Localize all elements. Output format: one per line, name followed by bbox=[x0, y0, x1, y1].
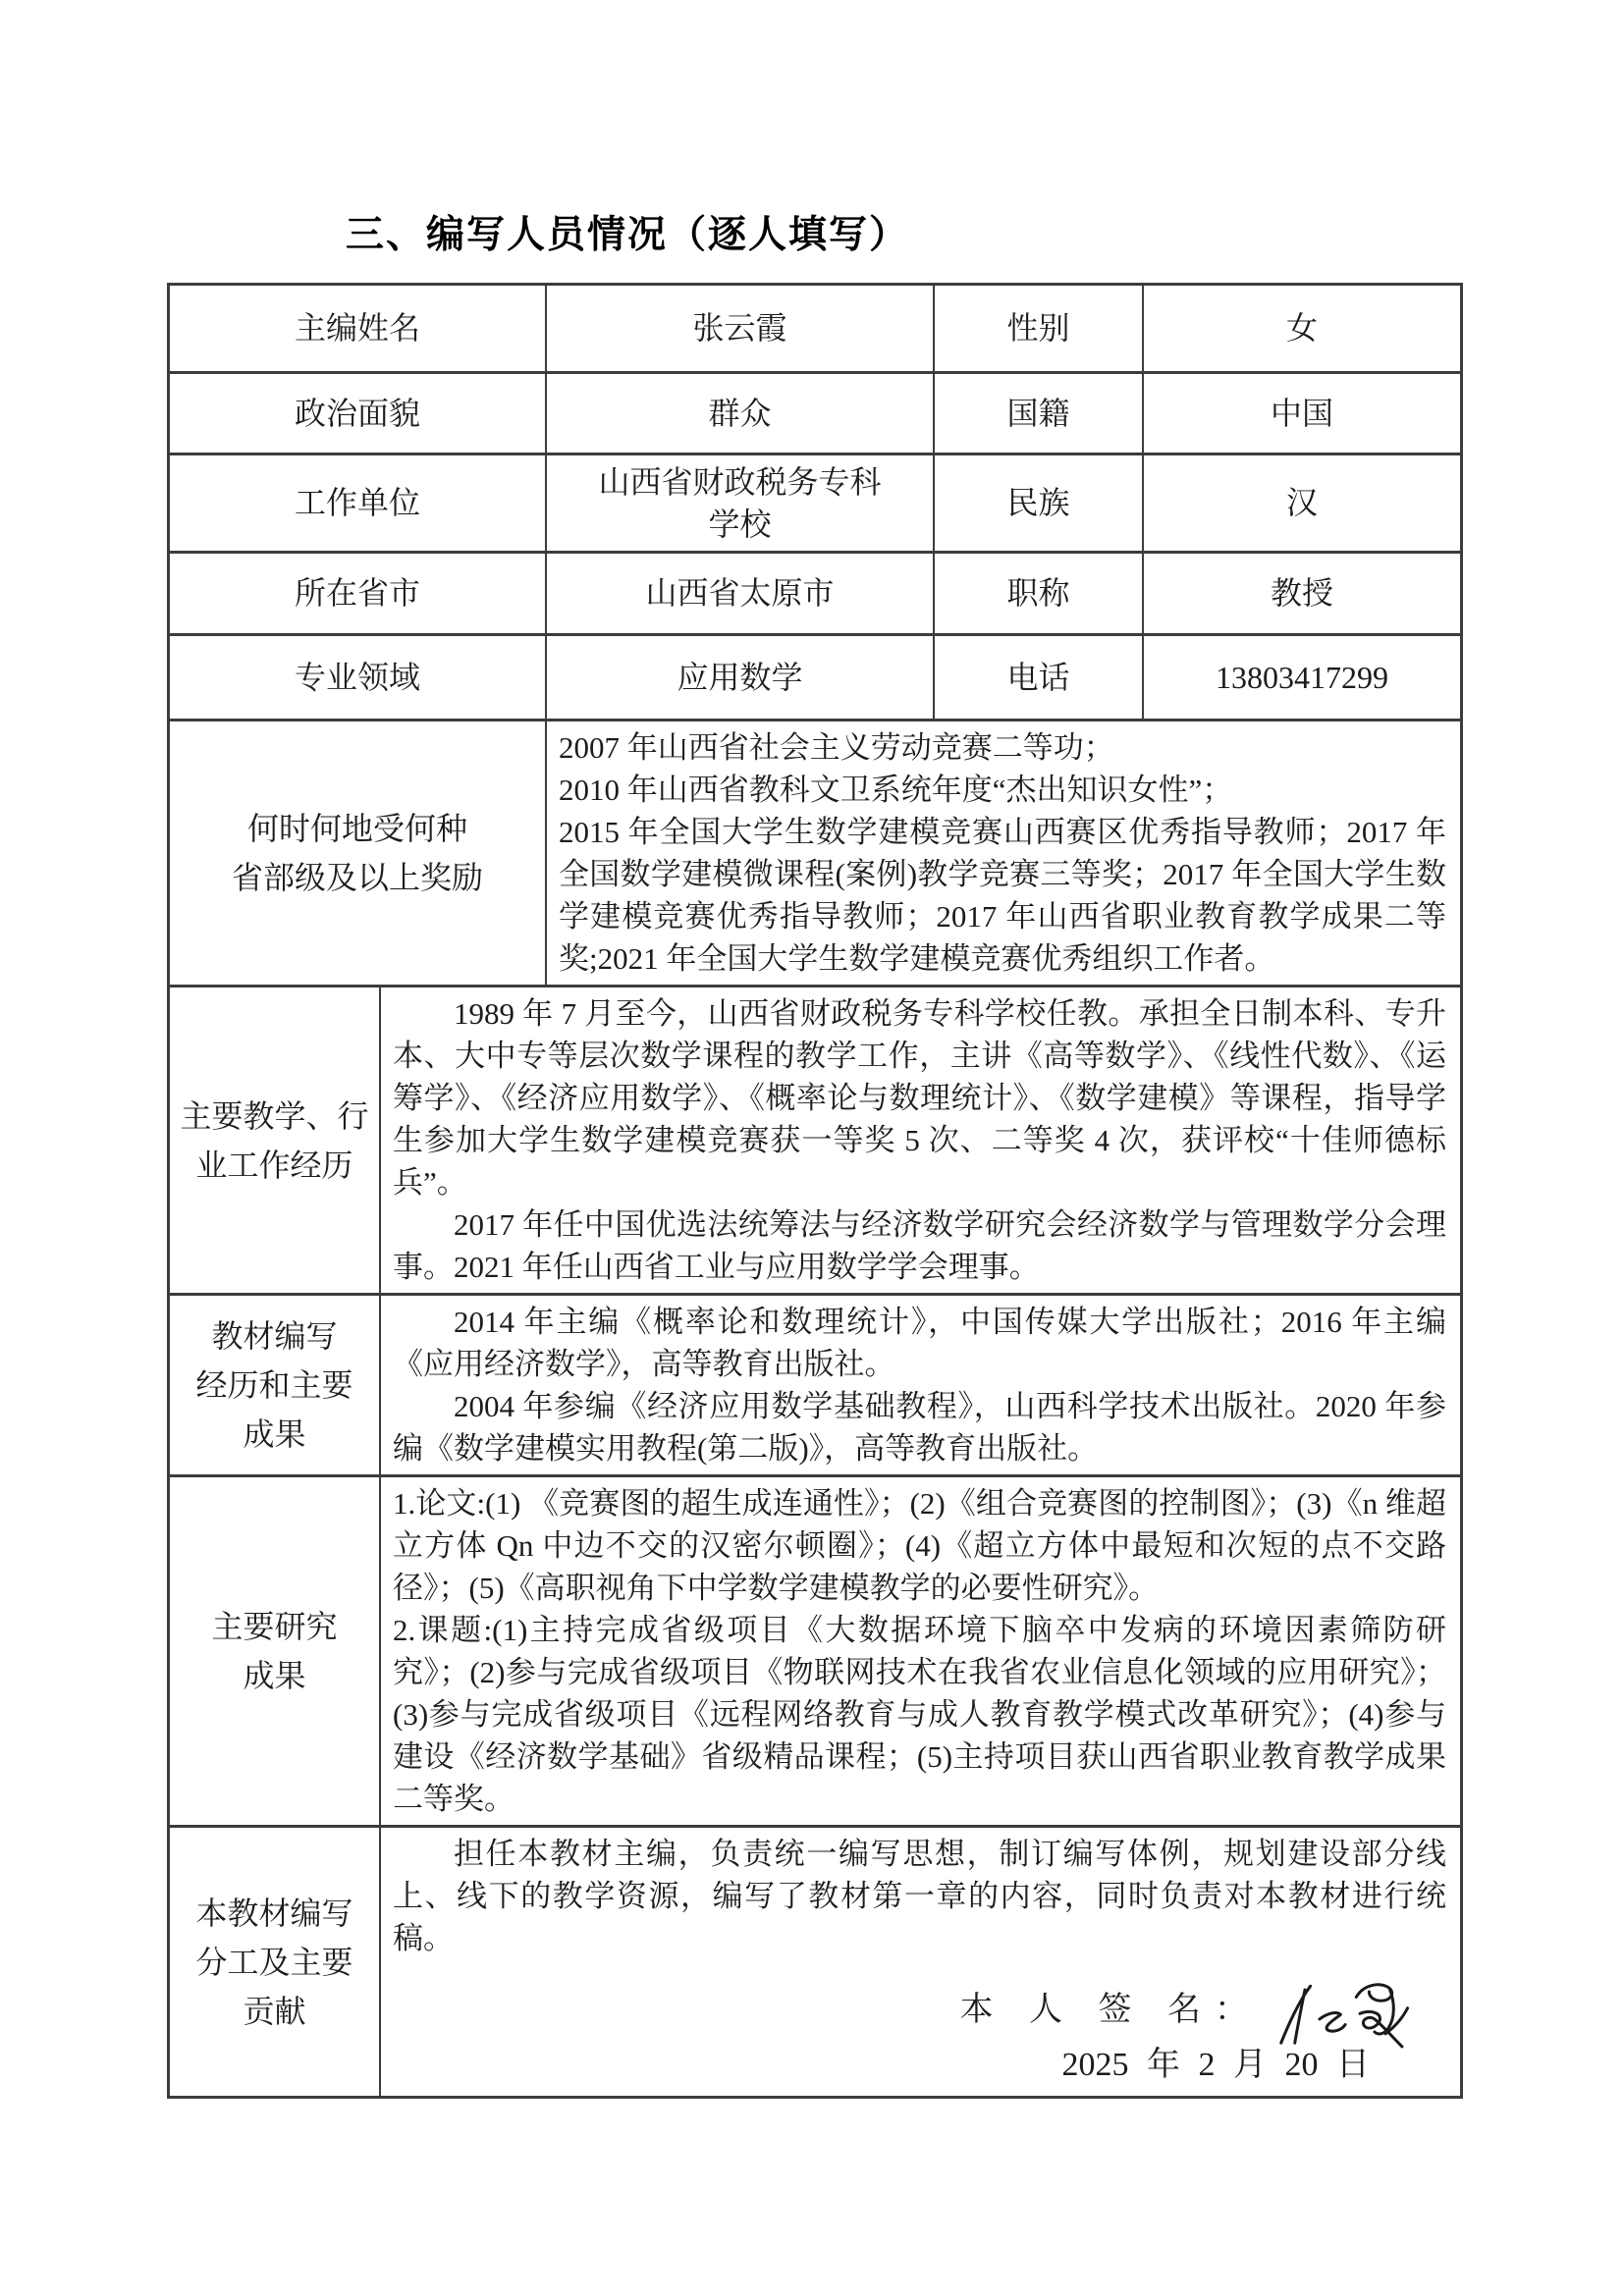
field-label-ethnicity: 民族 bbox=[933, 455, 1142, 551]
field-value-ethnicity: 汉 bbox=[1142, 455, 1460, 551]
textbook-label-line1: 教材编写 bbox=[211, 1311, 337, 1361]
contribution-label-line1: 本教材编写 bbox=[195, 1889, 352, 1938]
contribution-label-line3: 贡献 bbox=[243, 1987, 305, 2036]
page-title: 三、编写人员情况（逐人填写） bbox=[346, 204, 909, 259]
field-value-textbook-editing: 2014 年主编《概率论和数理统计》，中国传媒大学出版社；2016 年主编《应用… bbox=[379, 1296, 1460, 1474]
research-paragraph: 2.课题:(1)主持完成省级项目《大数据环境下脑卒中发病的环境因素筛防研究》；(… bbox=[393, 1609, 1446, 1820]
table-row-research: 主要研究 成果 1.论文:(1) 《竞赛图的超生成连通性》；(2)《组合竞赛图的… bbox=[170, 1474, 1460, 1825]
field-value-work-unit: 山西省财政税务专科学校 bbox=[545, 455, 933, 551]
table-row-teaching-experience: 主要教学、行 业工作经历 1989 年 7 月至今，山西省财政税务专科学校任教。… bbox=[170, 985, 1460, 1293]
field-value-nationality: 中国 bbox=[1142, 374, 1460, 453]
field-label-work-unit: 工作单位 bbox=[170, 455, 545, 551]
field-label-textbook-editing: 教材编写 经历和主要 成果 bbox=[170, 1296, 379, 1474]
field-value-name: 张云霞 bbox=[545, 286, 933, 371]
contribution-paragraph: 担任本教材主编，负责统一编写思想，制订编写体例，规划建设部分线上、线下的教学资源… bbox=[393, 1833, 1446, 1959]
field-value-province-city: 山西省太原市 bbox=[545, 554, 933, 633]
work-unit-text: 山西省财政税务专科学校 bbox=[595, 461, 886, 546]
field-value-research: 1.论文:(1) 《竞赛图的超生成连通性》；(2)《组合竞赛图的控制图》；(3)… bbox=[379, 1477, 1460, 1825]
teaching-label-line1: 主要教学、行 bbox=[180, 1092, 368, 1141]
textbook-paragraph: 2004 年参编《经济应用数学基础教程》，山西科学技术出版社。2020 年参编《… bbox=[393, 1385, 1446, 1469]
table-row-specialty: 专业领域 应用数学 电话 13803417299 bbox=[170, 633, 1460, 719]
field-value-gender: 女 bbox=[1142, 286, 1460, 371]
teaching-label-line2: 业工作经历 bbox=[195, 1141, 352, 1190]
field-label-specialty: 专业领域 bbox=[170, 636, 545, 719]
field-label-awards: 何时何地受何种 省部级及以上奖励 bbox=[170, 721, 545, 985]
field-value-phone: 13803417299 bbox=[1142, 636, 1460, 719]
field-value-title: 教授 bbox=[1142, 554, 1460, 633]
field-label-title: 职称 bbox=[933, 554, 1142, 633]
field-value-awards: 2007 年山西省社会主义劳动竞赛二等功； 2010 年山西省教科文卫系统年度“… bbox=[545, 721, 1460, 985]
award-entry: 2007 年山西省社会主义劳动竞赛二等功； bbox=[559, 726, 1446, 769]
document-page: 三、编写人员情况（逐人填写） 主编姓名 张云霞 性别 女 政治面貌 群众 国籍 … bbox=[0, 0, 1624, 2296]
award-entry: 2015 年全国大学生数学建模竞赛山西赛区优秀指导教师；2017 年全国数学建模… bbox=[559, 811, 1446, 980]
table-row-contribution: 本教材编写 分工及主要 贡献 担任本教材主编，负责统一编写思想，制订编写体例，规… bbox=[170, 1825, 1460, 2096]
table-row-name: 主编姓名 张云霞 性别 女 bbox=[170, 286, 1460, 371]
field-value-teaching-experience: 1989 年 7 月至今，山西省财政税务专科学校任教。承担全日制本科、专升本、大… bbox=[379, 988, 1460, 1293]
research-label-line1: 主要研究 bbox=[211, 1602, 337, 1651]
field-label-gender: 性别 bbox=[933, 286, 1142, 371]
research-paragraph: 1.论文:(1) 《竞赛图的超生成连通性》；(2)《组合竞赛图的控制图》；(3)… bbox=[393, 1482, 1446, 1609]
field-value-political-status: 群众 bbox=[545, 374, 933, 453]
table-row-textbook-editing: 教材编写 经历和主要 成果 2014 年主编《概率论和数理统计》，中国传媒大学出… bbox=[170, 1293, 1460, 1474]
award-entry: 2010 年山西省教科文卫系统年度“杰出知识女性”； bbox=[559, 769, 1446, 811]
field-label-contribution: 本教材编写 分工及主要 贡献 bbox=[170, 1828, 379, 2096]
table-row-province: 所在省市 山西省太原市 职称 教授 bbox=[170, 551, 1460, 633]
field-label-teaching-experience: 主要教学、行 业工作经历 bbox=[170, 988, 379, 1293]
field-value-contribution: 担任本教材主编，负责统一编写思想，制订编写体例，规划建设部分线上、线下的教学资源… bbox=[379, 1828, 1460, 2096]
field-label-nationality: 国籍 bbox=[933, 374, 1142, 453]
textbook-label-line3: 成果 bbox=[243, 1410, 305, 1459]
teaching-paragraph: 2017 年任中国优选法统筹法与经济数学研究会经济数学与管理数学分会理事。202… bbox=[393, 1203, 1446, 1288]
teaching-paragraph: 1989 年 7 月至今，山西省财政税务专科学校任教。承担全日制本科、专升本、大… bbox=[393, 992, 1446, 1203]
editor-info-table: 主编姓名 张云霞 性别 女 政治面貌 群众 国籍 中国 工作单位 山西省财政税务… bbox=[167, 283, 1463, 2099]
awards-label-line2: 省部级及以上奖励 bbox=[232, 853, 483, 902]
field-label-research: 主要研究 成果 bbox=[170, 1477, 379, 1825]
table-row-workunit: 工作单位 山西省财政税务专科学校 民族 汉 bbox=[170, 453, 1460, 551]
research-label-line2: 成果 bbox=[243, 1651, 305, 1700]
signature-date: 2025 年 2 月 20 日 bbox=[393, 2044, 1446, 2086]
signature-line: 本 人 签 名： bbox=[393, 1977, 1446, 2042]
field-value-specialty: 应用数学 bbox=[545, 636, 933, 719]
contribution-label-line2: 分工及主要 bbox=[195, 1938, 352, 1987]
field-label-political-status: 政治面貌 bbox=[170, 374, 545, 453]
signature-label: 本 人 签 名： bbox=[960, 1989, 1263, 2031]
field-label-phone: 电话 bbox=[933, 636, 1142, 719]
table-row-political: 政治面貌 群众 国籍 中国 bbox=[170, 371, 1460, 453]
table-row-awards: 何时何地受何种 省部级及以上奖励 2007 年山西省社会主义劳动竞赛二等功； 2… bbox=[170, 719, 1460, 985]
awards-label-line1: 何时何地受何种 bbox=[247, 804, 467, 853]
textbook-label-line2: 经历和主要 bbox=[195, 1361, 352, 1410]
textbook-paragraph: 2014 年主编《概率论和数理统计》，中国传媒大学出版社；2016 年主编《应用… bbox=[393, 1301, 1446, 1385]
field-label-name: 主编姓名 bbox=[170, 286, 545, 371]
field-label-province-city: 所在省市 bbox=[170, 554, 545, 633]
